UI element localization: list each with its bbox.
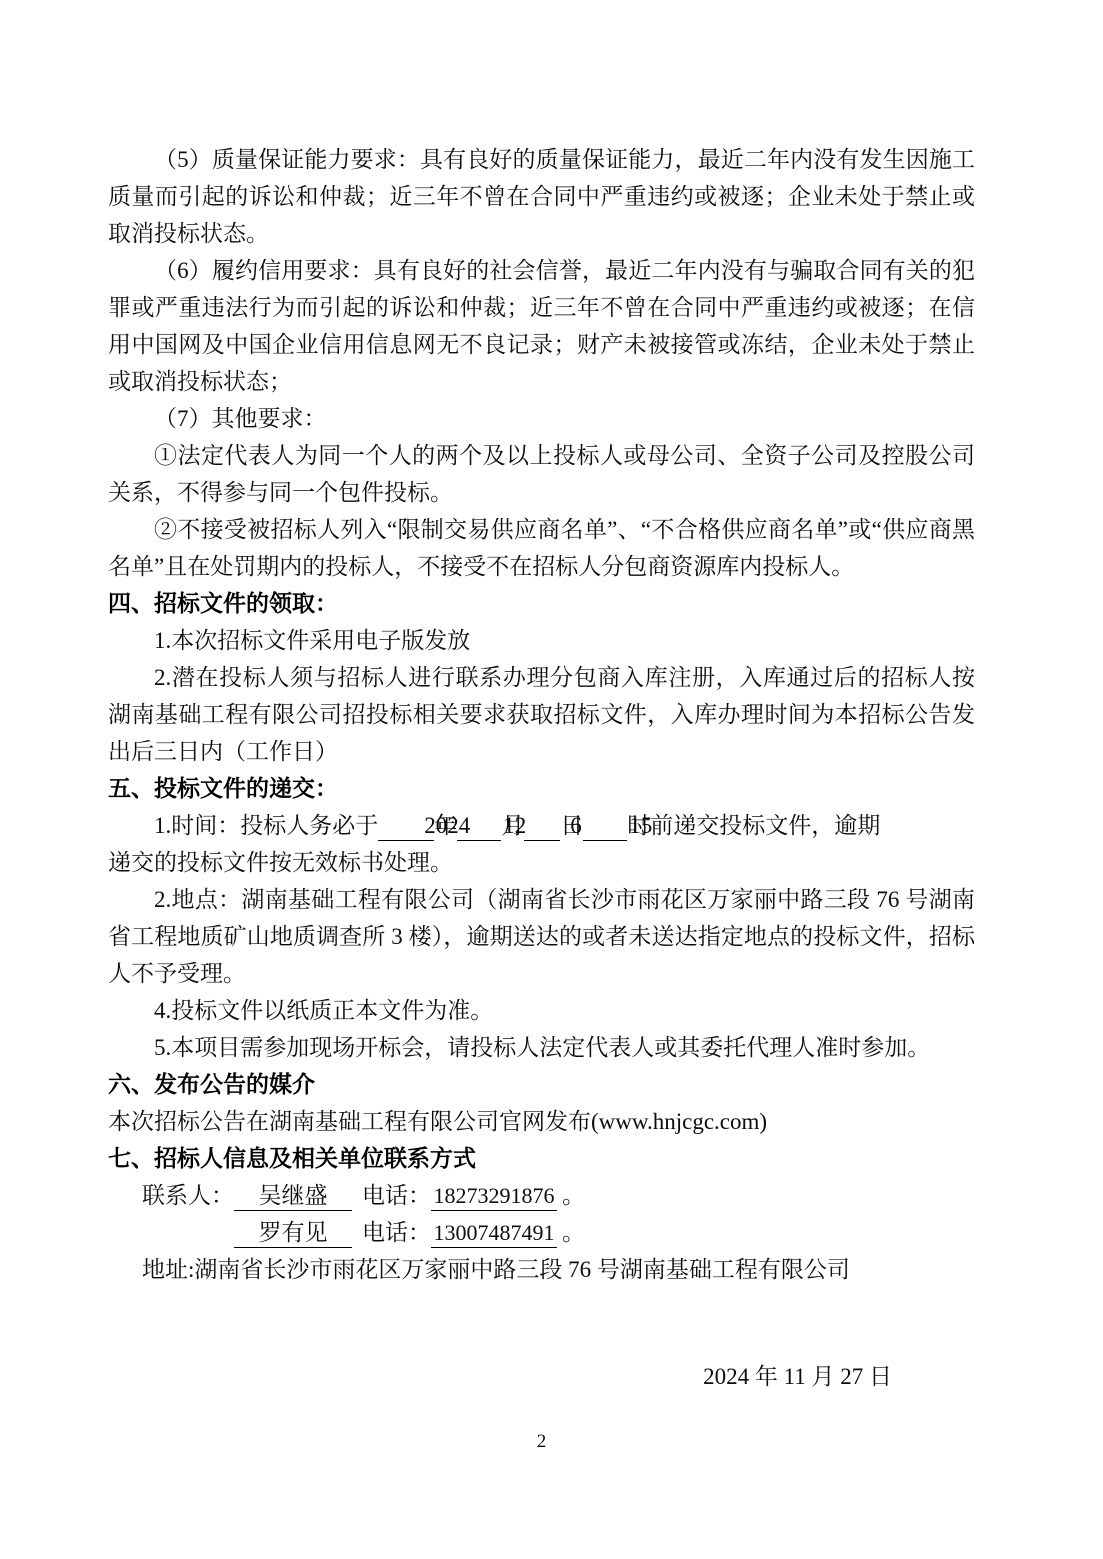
para-credit-performance-requirement: （6）履约信用要求：具有良好的社会信誉，最近二年内没有与骗取合同有关的犯罪或严重… xyxy=(108,252,975,400)
deadline-month-unit: 月 xyxy=(501,813,524,838)
deadline-year-unit: 年 xyxy=(434,813,457,838)
para-submission-deadline-continued: 递交的投标文件按无效标书处理。 xyxy=(108,844,975,881)
contact-label: 联系人： xyxy=(142,1183,234,1208)
deadline-day-blank: 6 xyxy=(524,811,560,841)
heading-section-5-bid-submission: 五、投标文件的递交： xyxy=(108,770,975,807)
heading-section-4-document-collection: 四、招标文件的领取： xyxy=(108,585,975,622)
deadline-year-blank: 2024 xyxy=(378,811,434,841)
para-announcement-media: 本次招标公告在湖南基础工程有限公司官网发布(www.hnjcgc.com) xyxy=(108,1103,975,1140)
para-other-requirement-1: ①法定代表人为同一个人的两个及以上投标人或母公司、全资子公司及控股公司关系，不得… xyxy=(108,437,975,511)
para-address: 地址:湖南省长沙市雨花区万家丽中路三段 76 号湖南基础工程有限公司 xyxy=(142,1251,975,1288)
para-submission-location: 2.地点：湖南基础工程有限公司（湖南省长沙市雨花区万家丽中路三段 76 号湖南省… xyxy=(108,881,975,992)
para-other-requirements-title: （7）其他要求： xyxy=(108,400,975,437)
document-date: 2024 年 11 月 27 日 xyxy=(108,1358,975,1395)
contact-2-name-blank: 罗有见 xyxy=(234,1218,352,1248)
contact-2-phone-label: 电话： xyxy=(362,1220,431,1245)
contact-row-1: 联系人：吴继盛电话：18273291876。 xyxy=(142,1177,975,1214)
page-number: 2 xyxy=(108,1431,975,1453)
deadline-prefix-text: 1.时间：投标人务必于 xyxy=(154,813,378,838)
contact-1-name-blank: 吴继盛 xyxy=(234,1181,352,1211)
deadline-suffix-text: 时前递交投标文件，逾期 xyxy=(627,813,880,838)
para-submission-deadline: 1.时间：投标人务必于2024年12月6日15时前递交投标文件，逾期 xyxy=(108,807,975,844)
deadline-month-blank: 12 xyxy=(457,811,501,841)
para-section5-item-5: 5.本项目需参加现场开标会，请投标人法定代表人或其委托代理人准时参加。 xyxy=(108,1029,975,1066)
deadline-day-unit: 日 xyxy=(560,813,583,838)
para-other-requirement-2: ②不接受被招标人列入“限制交易供应商名单”、“不合格供应商名单”或“供应商黑名单… xyxy=(108,511,975,585)
para-section4-item-1: 1.本次招标文件采用电子版发放 xyxy=(108,622,975,659)
contact-1-phone-blank: 18273291876 xyxy=(431,1181,557,1211)
contact-2-phone-blank: 13007487491 xyxy=(431,1218,557,1248)
heading-section-7-contact-info: 七、招标人信息及相关单位联系方式 xyxy=(108,1140,975,1177)
deadline-hour-blank: 15 xyxy=(583,811,627,841)
contact-1-period: 。 xyxy=(562,1183,585,1208)
contact-1-phone-label: 电话： xyxy=(362,1183,431,1208)
para-section4-item-2: 2.潜在投标人须与招标人进行联系办理分包商入库注册，入库通过后的招标人按湖南基础… xyxy=(108,659,975,770)
document-page: （5）质量保证能力要求：具有良好的质量保证能力，最近二年内没有发生因施工质量而引… xyxy=(0,0,1103,1559)
contact-2-period: 。 xyxy=(562,1220,585,1245)
heading-section-6-announcement-media: 六、发布公告的媒介 xyxy=(108,1066,975,1103)
contact-row-2: 联系人：罗有见电话：13007487491。 xyxy=(142,1214,975,1251)
para-section5-item-4: 4.投标文件以纸质正本文件为准。 xyxy=(108,992,975,1029)
para-quality-assurance-requirement: （5）质量保证能力要求：具有良好的质量保证能力，最近二年内没有发生因施工质量而引… xyxy=(108,141,975,252)
